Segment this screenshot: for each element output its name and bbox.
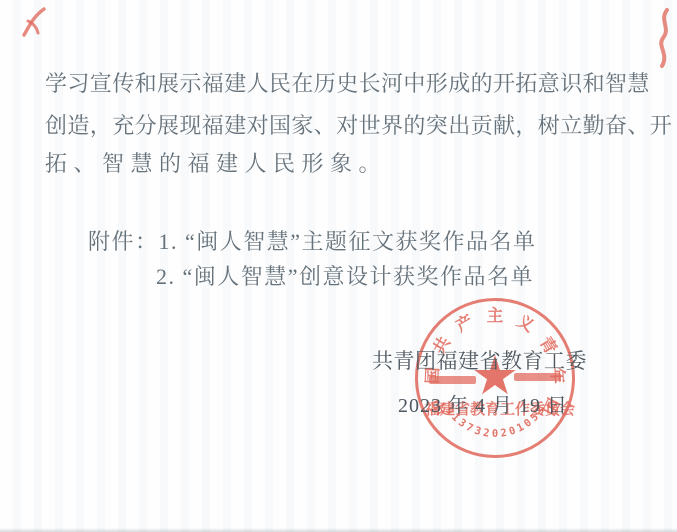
attachments-label: 附件： — [88, 229, 159, 254]
attachment-line: 附件：1. “闽人智慧”主题征文获奖作品名单 — [88, 225, 537, 256]
attachment-line: 2. “闽人智慧”创意设计获奖作品名单 — [156, 260, 534, 291]
official-seal: 中国共产主义青年团 ★ 福建省教育工作委员会 3501020237319 — [413, 296, 577, 460]
document-page: 学习宣传和展示福建人民在历史长河中形成的开拓意识和智慧 创造，充分展现福建对国家… — [0, 0, 677, 532]
date-line: 2023 年 4 月 19 日 — [398, 389, 568, 418]
paragraph-line: 学习宣传和展示福建人民在历史长河中形成的开拓意识和智慧 — [45, 67, 650, 98]
seal-bar-left — [429, 376, 476, 384]
signature-line: 共青团福建省教育工委 — [372, 345, 587, 375]
paragraph-line: 创造，充分展现福建对国家、对世界的突出贡献，树立勤奋、开 — [45, 109, 672, 140]
attachment-item-2: 2. “闽人智慧”创意设计获奖作品名单 — [156, 264, 534, 289]
attachment-item-1: 1. “闽人智慧”主题征文获奖作品名单 — [159, 229, 537, 254]
bottom-edge-shadow — [0, 528, 677, 532]
pen-mark-right-edge — [653, 8, 675, 68]
pen-mark-topleft — [20, 5, 50, 39]
paragraph-line: 拓、智慧的福建人民形象。 — [45, 147, 387, 178]
